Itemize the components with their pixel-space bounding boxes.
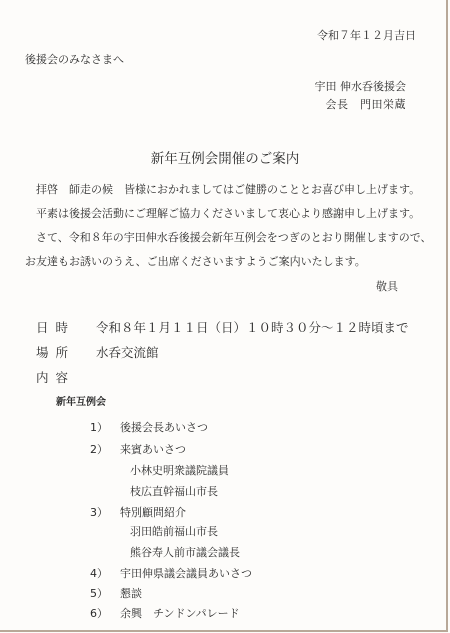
detail-venue: 場所 水呑交流館: [36, 343, 159, 361]
letter-date: 令和７年１２月吉日: [317, 27, 416, 43]
body-line: 平素は後援会活動にご理解ご協力くださいまして衷心より感謝申し上げます。: [36, 205, 420, 221]
program-item: 5） 懇談: [90, 585, 142, 601]
detail-label: 場所: [36, 343, 96, 361]
detail-value: 令和８年１月１１日（日）１０時３０分～１２時頃まで: [96, 318, 409, 336]
program-item: 2） 来賓あいさつ: [90, 441, 186, 457]
detail-label: 内容: [36, 368, 96, 386]
detail-label: 日時: [36, 318, 96, 336]
program-item: 6） 余興 チンドンパレード: [90, 605, 240, 621]
detail-datetime: 日時 令和８年１月１１日（日）１０時３０分～１２時頃まで: [36, 318, 409, 336]
program-item: 3） 特別顧問紹介: [90, 504, 186, 520]
program-section-title: 新年互例会: [56, 393, 106, 408]
program-item: 1） 後援会長あいさつ: [90, 419, 208, 435]
program-item: 4） 宇田伸県議会議員あいさつ: [90, 565, 252, 581]
body-line: さて、令和８年の宇田伸水呑後援会新年互例会をつぎのとおり開催しますので、: [36, 229, 432, 245]
letter-page: 令和７年１２月吉日 後援会のみなさまへ 宇田 伸水呑後援会 会長 門田栄蔵 新年…: [0, 0, 448, 632]
body-line: お友達もお誘いのうえ、ご出席くださいますようご案内いたします。: [25, 253, 366, 269]
sender-name: 会長 門田栄蔵: [326, 96, 407, 112]
program-subitem: 枝広直幹福山市長: [130, 483, 218, 499]
addressee: 後援会のみなさまへ: [25, 51, 124, 67]
page-title: 新年互例会開催のご案内: [0, 147, 450, 167]
detail-content: 内容: [36, 368, 96, 386]
body-line: 拝啓 師走の候 皆様におかれましてはご健勝のこととお喜び申し上げます。: [36, 181, 420, 197]
closing: 敬具: [376, 278, 398, 294]
sender-organization: 宇田 伸水呑後援会: [315, 78, 407, 94]
program-subitem: 熊谷寿人前市議会議長: [130, 544, 240, 560]
program-subitem: 羽田皓前福山市長: [130, 523, 218, 539]
detail-value: 水呑交流館: [96, 343, 159, 361]
program-subitem: 小林史明衆議院議員: [130, 462, 229, 478]
